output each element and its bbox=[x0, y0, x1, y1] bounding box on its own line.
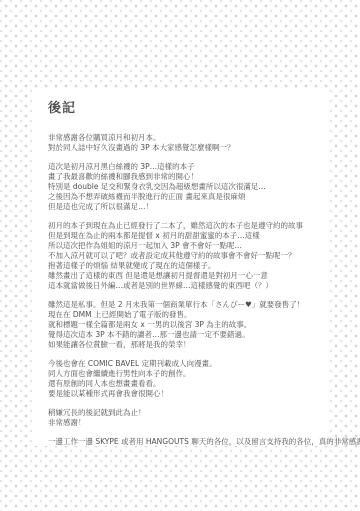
text-line: 如果能讓各位賞臉一看，那將是我的榮幸！ bbox=[48, 340, 318, 350]
text-line: 特別是 double 足交和緊身衣乳交因為超級想畫所以這次很滿足… bbox=[48, 182, 318, 192]
text-line: 還有原創的同人本也想畫畫看看。 bbox=[48, 379, 318, 389]
content-panel: 後記 非常感謝各位購買涼月和初月本。 對於同人誌中好久沒畫過的 3P 本大家感覺… bbox=[32, 90, 328, 446]
text-line: 不加入涼月就可以了吧？或者設定成其他遵守約的故事會不會好一點呢一？ bbox=[48, 251, 318, 261]
text-line: 所以這次把作為姐姐的涼月一起加入 3P 會不會好一點呢… bbox=[48, 241, 318, 251]
paragraph-stockings: 這次是初月涼月黑白絲襪的 3P…這樣的本子 畫了我最喜歡的絲襪和腳我感到非常的開… bbox=[48, 162, 318, 212]
text-line: 但是這也完成了所以很滿足…！ bbox=[48, 202, 318, 212]
text-line: 一邊工作一邊 SKYPE 或者用 HANGOUTS 聊天的各位，以及留言支持我的… bbox=[48, 437, 318, 447]
text-line: 畫了我最喜歡的絲襪和腳我感到非常的開心！ bbox=[48, 172, 318, 182]
afterword-page: { "page": { "title": "後記", "paragraphs":… bbox=[0, 0, 360, 511]
text-line: 這本就當做後日外編…或者是別的世界線…這樣感覺的東西吧（？） bbox=[48, 281, 318, 291]
text-line: 之後因為不想弄破絲襪而半脫進行的正面 畫起來真是很麻煩 bbox=[48, 192, 318, 202]
paragraph-special-thanks: 一邊工作一邊 SKYPE 或者用 HANGOUTS 聊天的各位，以及留言支持我的… bbox=[48, 437, 318, 447]
afterword-title: 後記 bbox=[48, 97, 318, 116]
text-line: 對於同人誌中好久沒畫過的 3P 本大家感覺怎麼樣啊一？ bbox=[48, 143, 318, 153]
paragraph-closing: 稍嫌冗長的後記就到此為止！ 非常感謝！ bbox=[48, 408, 318, 428]
text-line: 非常感謝！ bbox=[48, 418, 318, 428]
text-line: 雖然畫出了這樣的東西 但是還是想讓初月提督還是對初月一心一意 bbox=[48, 271, 318, 281]
text-line: 就和標題一樣全篇都是兩女 x 一男的以後宮 3P 為主的故事。 bbox=[48, 320, 318, 330]
text-line: 雖然這是私事。但是 2 月末我第一個商業單行本「さんぴー♥」就要發售了！ bbox=[48, 300, 318, 310]
text-line: 但是到現在為止的兩本都是提督 x 初月的甜甜蜜蜜的本子…這樣 bbox=[48, 231, 318, 241]
text-line: 同人方面也會繼續進行男性向本子的創作。 bbox=[48, 369, 318, 379]
text-line: 抱著這樣子的煩惱 結果就變成了現在的這個樣子。 bbox=[48, 261, 318, 271]
text-line: 現在在 DMM 上已經開始了電子版的發售。 bbox=[48, 310, 318, 320]
text-line: 今後也會在 COMIC BAVEL 定期刊載成人向漫畫。 bbox=[48, 359, 318, 369]
text-line: 稍嫌冗長的後記就到此為止！ bbox=[48, 408, 318, 418]
paragraph-thanks: 非常感謝各位購買涼月和初月本。 對於同人誌中好久沒畫過的 3P 本大家感覺怎麼樣… bbox=[48, 133, 318, 153]
paragraph-commercial-book: 雖然這是私事。但是 2 月末我第一個商業單行本「さんぴー♥」就要發售了！ 現在在… bbox=[48, 300, 318, 350]
paragraph-future-plans: 今後也會在 COMIC BAVEL 定期刊載成人向漫畫。 同人方面也會繼續進行男… bbox=[48, 359, 318, 399]
text-line: 這次是初月涼月黑白絲襪的 3P…這樣的本子 bbox=[48, 162, 318, 172]
text-line: 非常感謝各位購買涼月和初月本。 bbox=[48, 133, 318, 143]
paragraph-story-background: 初月的本子到現在為止已經發行了二本了，雖然這次的本子也是遵守約的故事 但是到現在… bbox=[48, 221, 318, 291]
text-line: 覺得這次這本 3P 本不錯的讀者…那一邊也請一定不要錯過。 bbox=[48, 330, 318, 340]
text-line: 要是能以某種形式再會我會很開心！ bbox=[48, 389, 318, 399]
text-line: 初月的本子到現在為止已經發行了二本了，雖然這次的本子也是遵守約的故事 bbox=[48, 221, 318, 231]
